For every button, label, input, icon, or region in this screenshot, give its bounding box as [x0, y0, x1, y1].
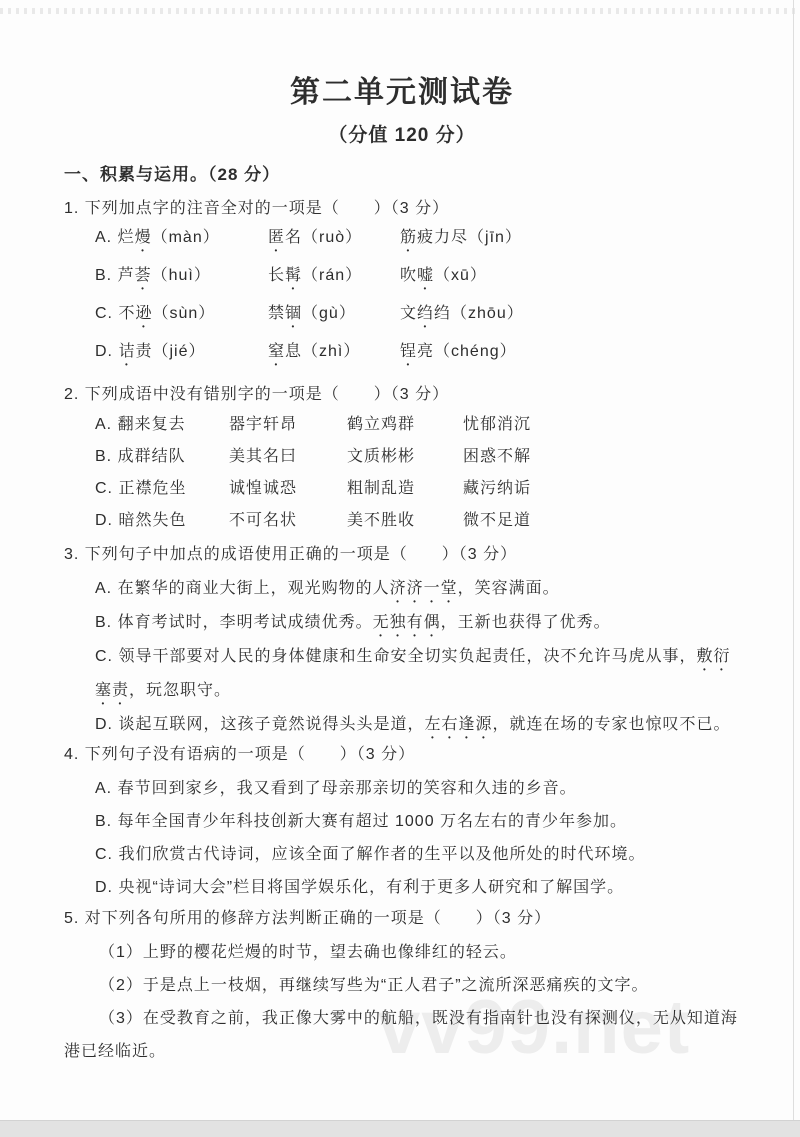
q1-option-d-item-2: 窒息（zhì）	[268, 341, 400, 369]
question-2-stem: 2. 下列成语中没有错别字的一项是（ ）（3 分）	[64, 384, 740, 406]
question-4: 4. 下列句子没有语病的一项是（ ）（3 分） A. 春节回到家乡，我又看到了母…	[64, 744, 740, 904]
question-5-stem: 5. 对下列各句所用的修辞方法判断正确的一项是（ ）（3 分）	[64, 908, 740, 930]
q1-option-d-item-1: D. 诘责（jié）	[95, 341, 268, 369]
page-top-perforation	[0, 8, 800, 14]
q5-sentence-1: （1）上野的樱花烂熳的时节，望去确也像绯红的轻云。	[64, 936, 740, 969]
question-2-options: A. 翻来复去 器宇轩昂 鹤立鸡群 忧郁消沉 B. 成群结队 美其名曰 文质彬彬…	[95, 414, 740, 532]
question-3-stem: 3. 下列句子中加点的成语使用正确的一项是（ ）（3 分）	[64, 544, 740, 566]
q2-option-c-item-2: 诚惶诚恐	[229, 478, 347, 500]
question-3: 3. 下列句子中加点的成语使用正确的一项是（ ）（3 分） A. 在繁华的商业大…	[64, 544, 740, 742]
q3-option-c: C. 领导干部要对人民的身体健康和生命安全切实负起责任，决不允许马虎从事，敷衍塞…	[95, 640, 740, 708]
q2-option-d-item-1: D. 暗然失色	[95, 510, 229, 532]
question-4-stem: 4. 下列句子没有语病的一项是（ ）（3 分）	[64, 744, 740, 766]
q2-option-c-item-4: 藏污纳诟	[463, 478, 740, 500]
q2-option-d-item-2: 不可名状	[229, 510, 347, 532]
q4-option-d: D. 央视“诗词大会”栏目将国学娱乐化，有利于更多人研究和了解国学。	[95, 871, 740, 904]
q2-option-a-item-3: 鹤立鸡群	[347, 414, 463, 436]
q1-option-c-item-3: 文绉绉（zhōu）	[400, 303, 740, 331]
q3-option-a: A. 在繁华的商业大街上，观光购物的人济济一堂，笑容满面。	[95, 572, 740, 606]
q3-option-b: B. 体育考试时，李明考试成绩优秀。无独有偶，王新也获得了优秀。	[95, 606, 740, 640]
page-subtitle: （分值 120 分）	[64, 125, 740, 147]
q2-option-d-item-3: 美不胜收	[347, 510, 463, 532]
q2-option-a-item-4: 忧郁消沉	[463, 414, 740, 436]
question-3-options: A. 在繁华的商业大街上，观光购物的人济济一堂，笑容满面。 B. 体育考试时，李…	[64, 572, 740, 742]
question-2: 2. 下列成语中没有错别字的一项是（ ）（3 分） A. 翻来复去 器宇轩昂 鹤…	[64, 384, 740, 532]
q2-option-b-item-4: 困惑不解	[463, 446, 740, 468]
question-5: 5. 对下列各句所用的修辞方法判断正确的一项是（ ）（3 分） （1）上野的樱花…	[64, 908, 740, 1068]
q1-option-c-item-1: C. 不逊（sùn）	[95, 303, 268, 331]
q5-sentence-2: （2）于是点上一枝烟，再继续写些为“正人君子”之流所深恶痛疾的文字。	[64, 969, 740, 1002]
q4-option-c: C. 我们欣赏古代诗词，应该全面了解作者的生平以及他所处的时代环境。	[95, 838, 740, 871]
q1-option-a-item-1: A. 烂熳（màn）	[95, 227, 268, 255]
q1-option-c-item-2: 禁锢（gù）	[268, 303, 400, 331]
q1-option-d-item-3: 锃亮（chéng）	[400, 341, 740, 369]
scan-bottom-strip	[0, 1120, 800, 1137]
q1-option-b-item-1: B. 芦荟（huì）	[95, 265, 268, 293]
paper-content: 第二单元测试卷 （分值 120 分） 一、积累与运用。（28 分） 1. 下列加…	[0, 75, 800, 1068]
q1-option-a-item-2: 匿名（ruò）	[268, 227, 400, 255]
q1-option-b-item-3: 吹嘘（xū）	[400, 265, 740, 293]
q4-option-a: A. 春节回到家乡，我又看到了母亲那亲切的笑容和久违的乡音。	[95, 772, 740, 805]
q1-option-b-item-2: 长髯（rán）	[268, 265, 400, 293]
q4-option-b: B. 每年全国青少年科技创新大赛有超过 1000 万名左右的青少年参加。	[95, 805, 740, 838]
section-heading: 一、积累与运用。（28 分）	[64, 165, 740, 185]
scanned-test-paper: vv99.net 第二单元测试卷 （分值 120 分） 一、积累与运用。（28 …	[0, 0, 800, 1137]
q3-option-d: D. 谈起互联网，这孩子竟然说得头头是道，左右逢源，就连在场的专家也惊叹不已。	[95, 708, 740, 742]
question-1-options: A. 烂熳（màn） 匿名（ruò） 筋疲力尽（jīn） B. 芦荟（huì） …	[95, 227, 740, 369]
page-right-edge-line	[793, 0, 794, 1121]
question-4-options: A. 春节回到家乡，我又看到了母亲那亲切的笑容和久违的乡音。 B. 每年全国青少…	[64, 772, 740, 904]
q2-option-c-item-3: 粗制乱造	[347, 478, 463, 500]
q2-option-d-item-4: 微不足道	[463, 510, 740, 532]
q2-option-a-item-1: A. 翻来复去	[95, 414, 229, 436]
question-1-stem: 1. 下列加点字的注音全对的一项是（ ）（3 分）	[64, 198, 740, 220]
q2-option-b-item-2: 美其名曰	[229, 446, 347, 468]
q2-option-b-item-1: B. 成群结队	[95, 446, 229, 468]
q2-option-a-item-2: 器宇轩昂	[229, 414, 347, 436]
q2-option-b-item-3: 文质彬彬	[347, 446, 463, 468]
q5-sentence-3: （3）在受教育之前，我正像大雾中的航船，既没有指南针也没有探测仪，无从知道海港已…	[64, 1002, 740, 1068]
question-5-sentences: （1）上野的樱花烂熳的时节，望去确也像绯红的轻云。 （2）于是点上一枝烟，再继续…	[64, 936, 740, 1068]
page-title: 第二单元测试卷	[64, 75, 740, 111]
q2-option-c-item-1: C. 正襟危坐	[95, 478, 229, 500]
question-1: 1. 下列加点字的注音全对的一项是（ ）（3 分） A. 烂熳（màn） 匿名（…	[64, 198, 740, 369]
q1-option-a-item-3: 筋疲力尽（jīn）	[400, 227, 740, 255]
